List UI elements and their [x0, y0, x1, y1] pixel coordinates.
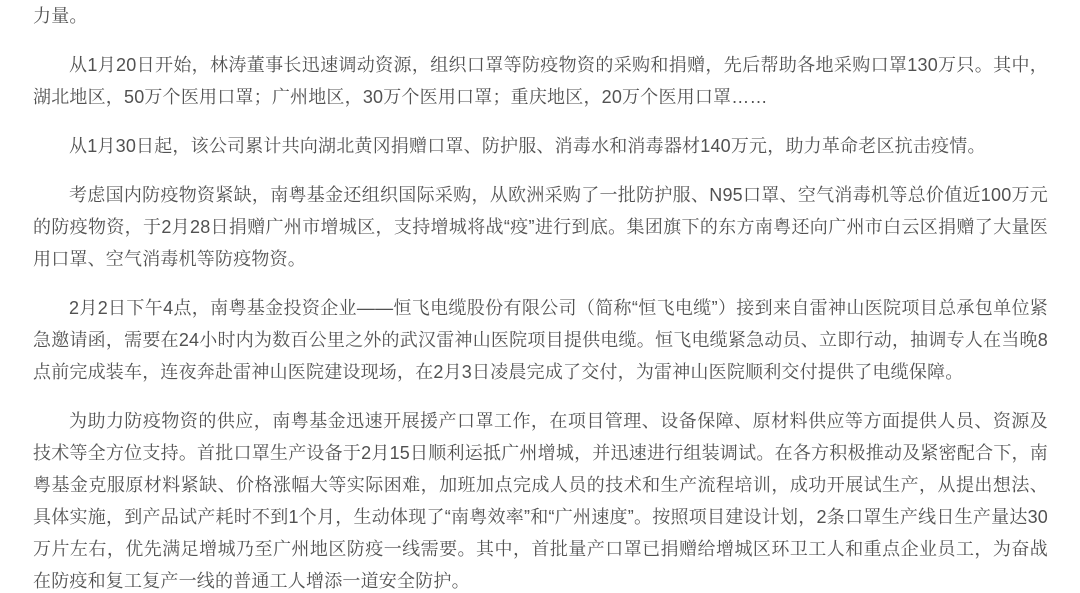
paragraph-mask-procurement: 从1月20日开始，林涛董事长迅速调动资源，组织口罩等防疫物资的采购和捐赠，先后帮… — [33, 49, 1048, 113]
article-body: 力量。 从1月20日开始，林涛董事长迅速调动资源，组织口罩等防疫物资的采购和捐赠… — [0, 0, 1080, 593]
paragraph-huanggang-donation: 从1月30日起，该公司累计共向湖北黄冈捐赠口罩、防护服、消毒水和消毒器材140万… — [33, 130, 1048, 162]
paragraph-international-procurement: 考虑国内防疫物资紧缺，南粤基金还组织国际采购，从欧洲采购了一批防护服、N95口罩… — [33, 179, 1048, 275]
paragraph-mask-production: 为助力防疫物资的供应，南粤基金迅速开展援产口罩工作，在项目管理、设备保障、原材料… — [33, 405, 1048, 593]
paragraph-hengfei-cable: 2月2日下午4点，南粤基金投资企业——恒飞电缆股份有限公司（简称“恒飞电缆”）接… — [33, 292, 1048, 388]
paragraph-continuation: 力量。 — [33, 0, 1048, 32]
